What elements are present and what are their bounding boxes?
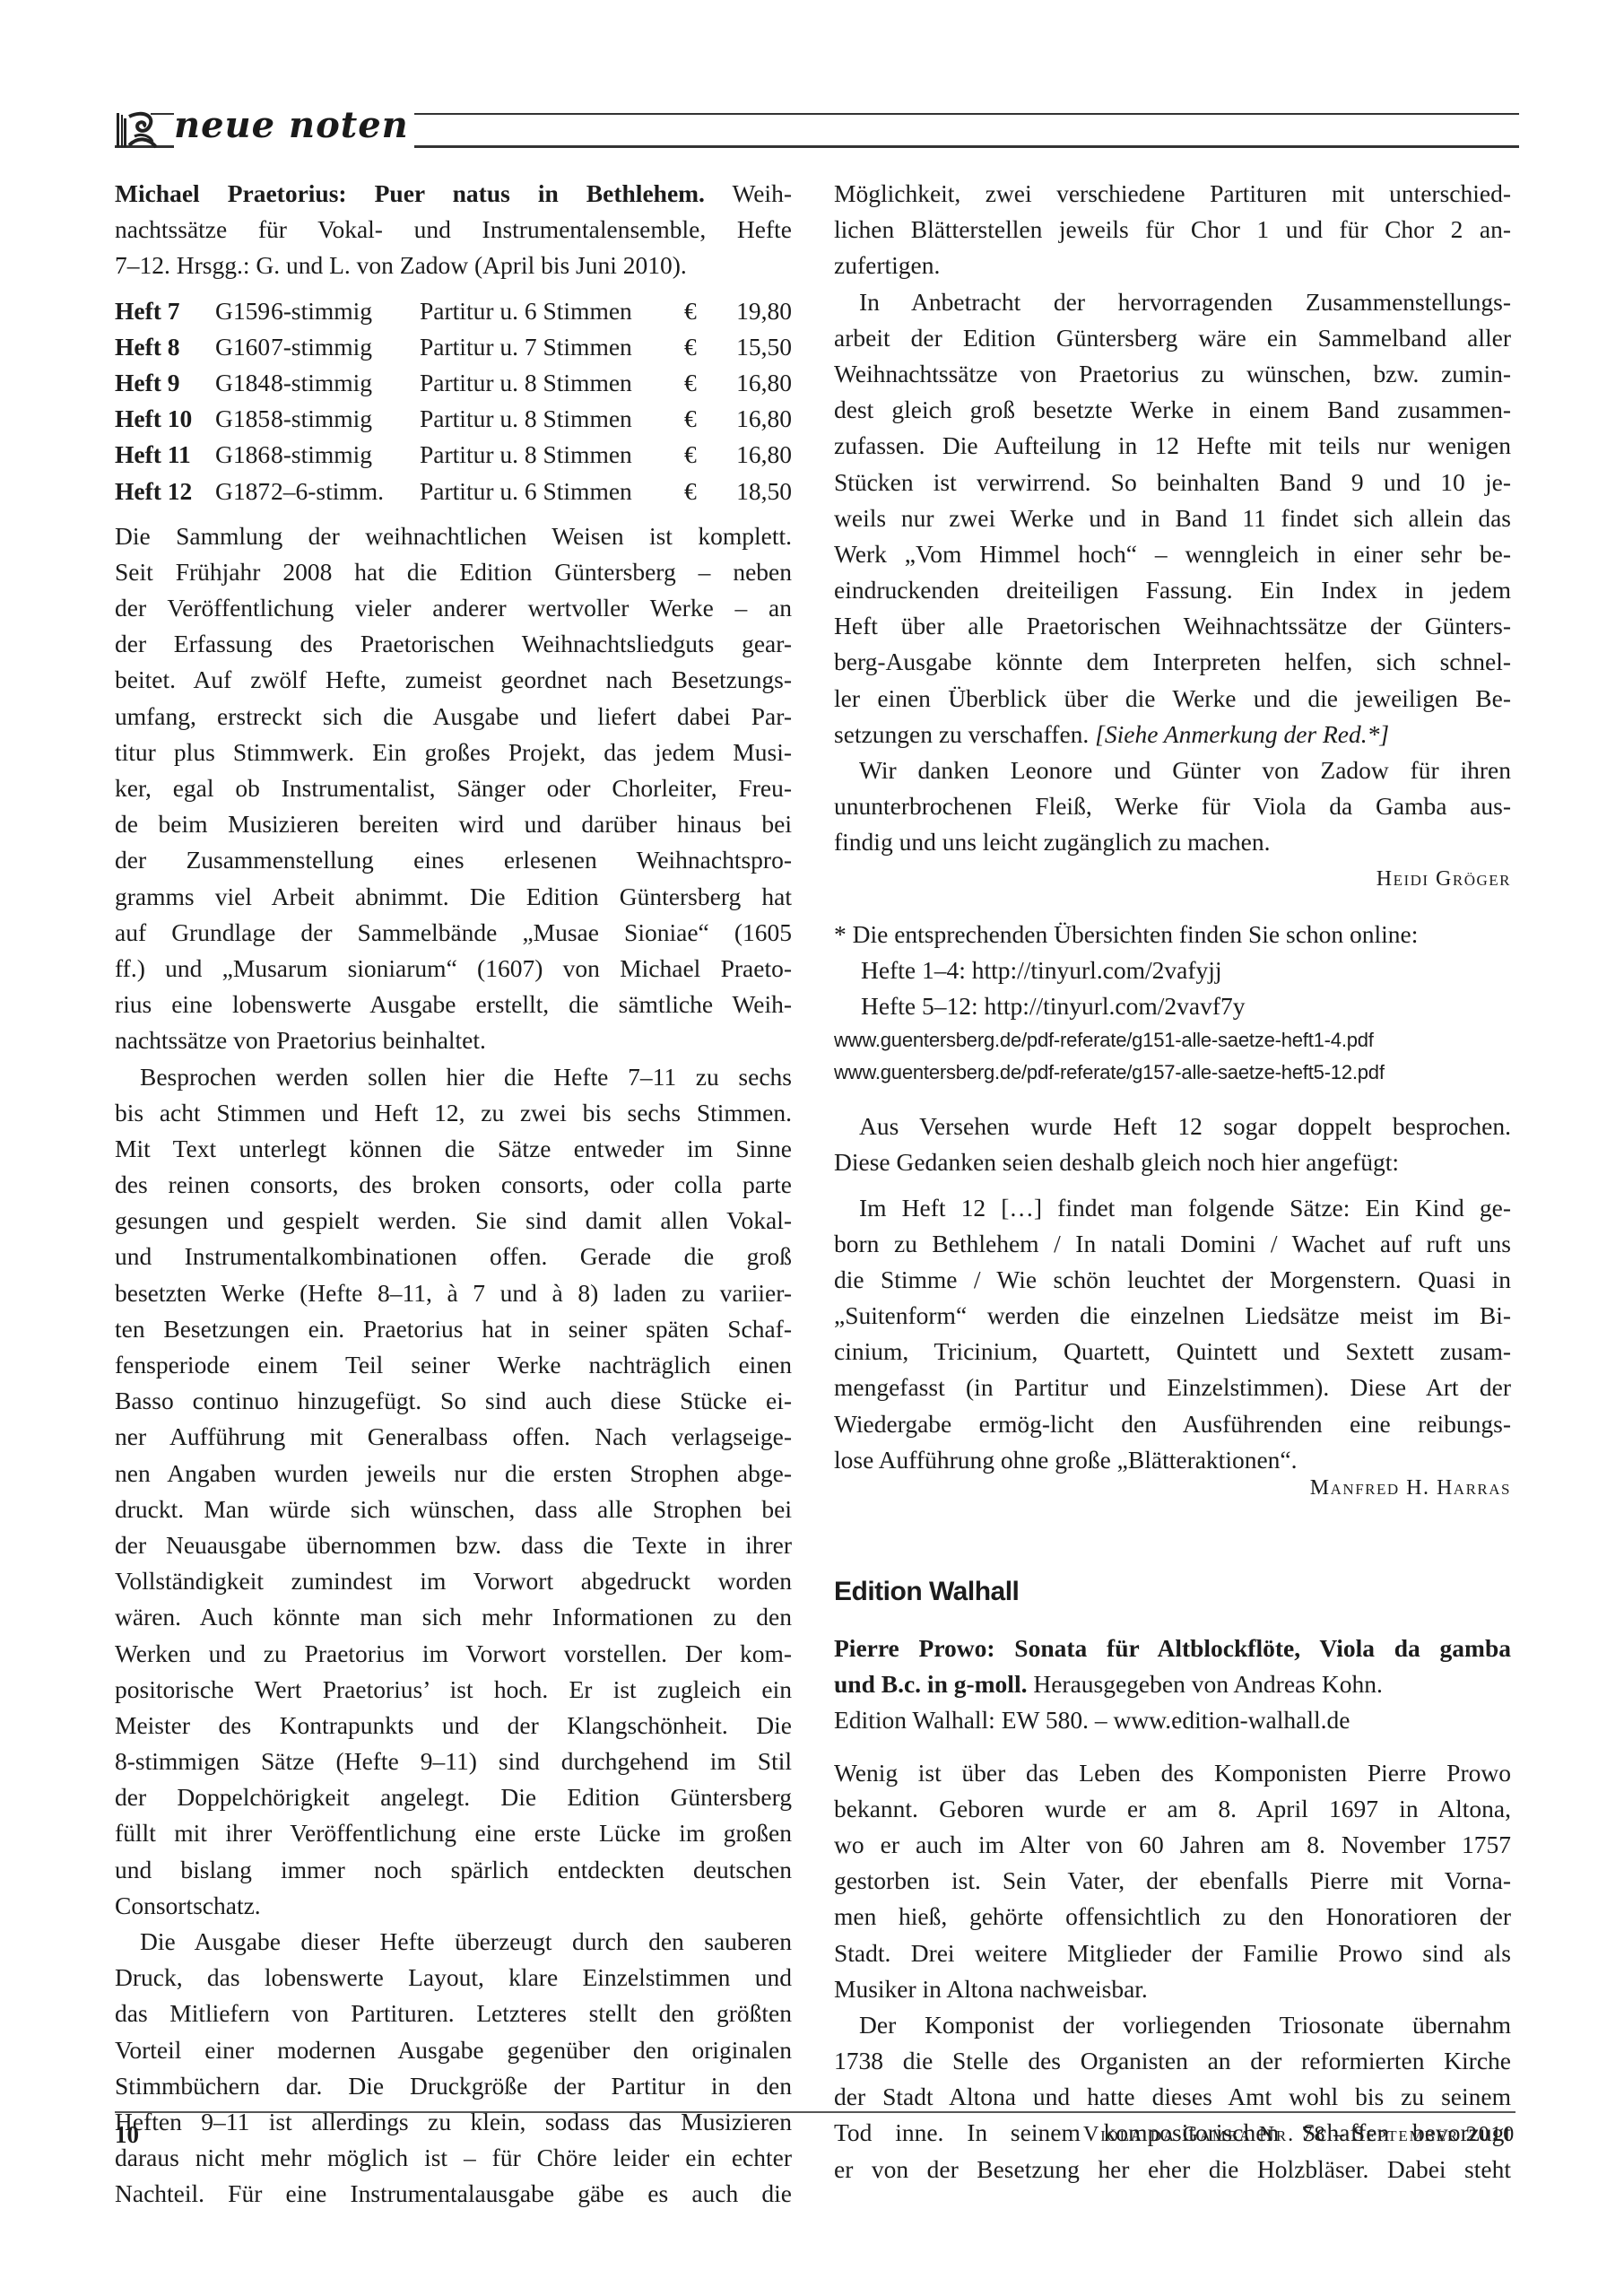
voices-cell: 8-stimmig: [271, 401, 420, 437]
price-cell: €18,50: [684, 474, 792, 509]
viola-scroll-icon: [117, 109, 161, 149]
tinyurl-link[interactable]: http://tinyurl.com/2vavf7y: [984, 992, 1245, 1020]
contents-cell: Partitur u. 6 Stimmen: [420, 293, 684, 329]
author-signature: Manfred H. Harras: [834, 1478, 1511, 1505]
contents-cell: Partitur u. 6 Stimmen: [420, 474, 684, 509]
contents-cell: Partitur u. 8 Stimmen: [420, 365, 684, 401]
tinyurl-link[interactable]: http://tinyurl.com/2vafyjj: [972, 956, 1222, 984]
table-row: Heft 11 G186 8-stimmig Partitur u. 8 Sti…: [115, 437, 792, 473]
paragraph: Besprochen werden sollen hier die Hefte …: [115, 1059, 792, 1925]
price-cell: €16,80: [684, 401, 792, 437]
code-cell: G184: [215, 365, 271, 401]
review-heading-line: 7–12. Hrsgg.: G. und L. von Zadow (April…: [115, 248, 792, 283]
review-heading-line: Michael Praetorius: Puer natus in Bethle…: [115, 176, 792, 212]
paragraph: Die Ausgabe dieser Hefte überzeugt durch…: [115, 1924, 792, 2213]
page-header: neue noten: [115, 99, 1519, 152]
voices-cell: 6-stimmig: [271, 293, 420, 329]
table-row: Heft 9 G184 8-stimmig Partitur u. 8 Stim…: [115, 365, 792, 401]
heft-cell: Heft 8: [115, 329, 215, 365]
price-cell: €19,80: [684, 293, 792, 329]
voices-cell: 8-stimmig: [271, 365, 420, 401]
editor-note: * Die entsprechenden Übersichten finden …: [834, 917, 1511, 1090]
table-row: Heft 10 G185 8-stimmig Partitur u. 8 Sti…: [115, 401, 792, 437]
contents-cell: Partitur u. 7 Stimmen: [420, 329, 684, 365]
review-heading-line: nachtssätze für Vokal- und Instrumentale…: [115, 212, 792, 248]
price-cell: €15,50: [684, 329, 792, 365]
editor-note-reference: [Siehe Anmerkung der Red.*]: [1095, 720, 1389, 748]
paragraph: Der Komponist der vorliegenden Triosonat…: [834, 2007, 1511, 2187]
left-column: Michael Praetorius: Puer natus in Bethle…: [115, 176, 792, 2213]
table-row: Heft 12 G187 2–6-stimm. Partitur u. 6 St…: [115, 474, 792, 509]
page-number: 10: [115, 2117, 139, 2152]
pdf-link[interactable]: www.guentersberg.de/pdf-referate/g151-al…: [834, 1024, 1511, 1057]
code-cell: G187: [215, 474, 271, 509]
paragraph: Möglichkeit, zwei verschiedene Partiture…: [834, 176, 1511, 284]
contents-cell: Partitur u. 8 Stimmen: [420, 437, 684, 473]
paragraph: In Anbetracht der hervorragenden Zusamme…: [834, 284, 1511, 752]
edition-table: Heft 7 G159 6-stimmig Partitur u. 6 Stim…: [115, 293, 792, 509]
heft-cell: Heft 9: [115, 365, 215, 401]
heft-cell: Heft 7: [115, 293, 215, 329]
review-heading: Pierre Prowo: Sonata für Altblockflöte, …: [834, 1631, 1511, 1739]
paragraph: Aus Versehen wurde Heft 12 sogar doppelt…: [834, 1109, 1511, 1180]
section-title: neue noten: [174, 102, 414, 149]
review-title: Michael Praetorius: Puer natus in Bethle…: [115, 179, 705, 207]
code-cell: G186: [215, 437, 271, 473]
author-signature: Heidi Gröger: [834, 861, 1511, 897]
quoted-paragraph: Im Heft 12 […] findet man folgende Sätze…: [834, 1190, 1511, 1479]
heft-cell: Heft 10: [115, 401, 215, 437]
footer-rule: [115, 2111, 1515, 2113]
voices-cell: 7-stimmig: [271, 329, 420, 365]
table-row: Heft 8 G160 7-stimmig Partitur u. 7 Stim…: [115, 329, 792, 365]
section-heading: Edition Walhall: [834, 1570, 1511, 1614]
pdf-link[interactable]: www.guentersberg.de/pdf-referate/g157-al…: [834, 1057, 1511, 1089]
code-cell: G185: [215, 401, 271, 437]
voices-cell: 2–6-stimm.: [271, 474, 420, 509]
paragraph: Die Sammlung der weihnachtlichen Weisen …: [115, 518, 792, 1059]
note-link-line: Hefte 1–4: http://tinyurl.com/2vafyjj: [834, 952, 1511, 988]
contents-cell: Partitur u. 8 Stimmen: [420, 401, 684, 437]
code-cell: G160: [215, 329, 271, 365]
paragraph: Wenig ist über das Leben des Komponisten…: [834, 1755, 1511, 2007]
table-row: Heft 7 G159 6-stimmig Partitur u. 6 Stim…: [115, 293, 792, 329]
code-cell: G159: [215, 293, 271, 329]
price-cell: €16,80: [684, 365, 792, 401]
right-column: Möglichkeit, zwei verschiedene Partiture…: [834, 176, 1511, 2187]
heft-cell: Heft 12: [115, 474, 215, 509]
heft-cell: Heft 11: [115, 437, 215, 473]
price-cell: €16,80: [684, 437, 792, 473]
issue-info: Viola da Gamba Nr. 78 – September 2010: [1083, 2117, 1515, 2152]
note-link-line: Hefte 5–12: http://tinyurl.com/2vavf7y: [834, 988, 1511, 1024]
paragraph: Wir danken Leonore und Günter von Zadow …: [834, 752, 1511, 861]
voices-cell: 8-stimmig: [271, 437, 420, 473]
